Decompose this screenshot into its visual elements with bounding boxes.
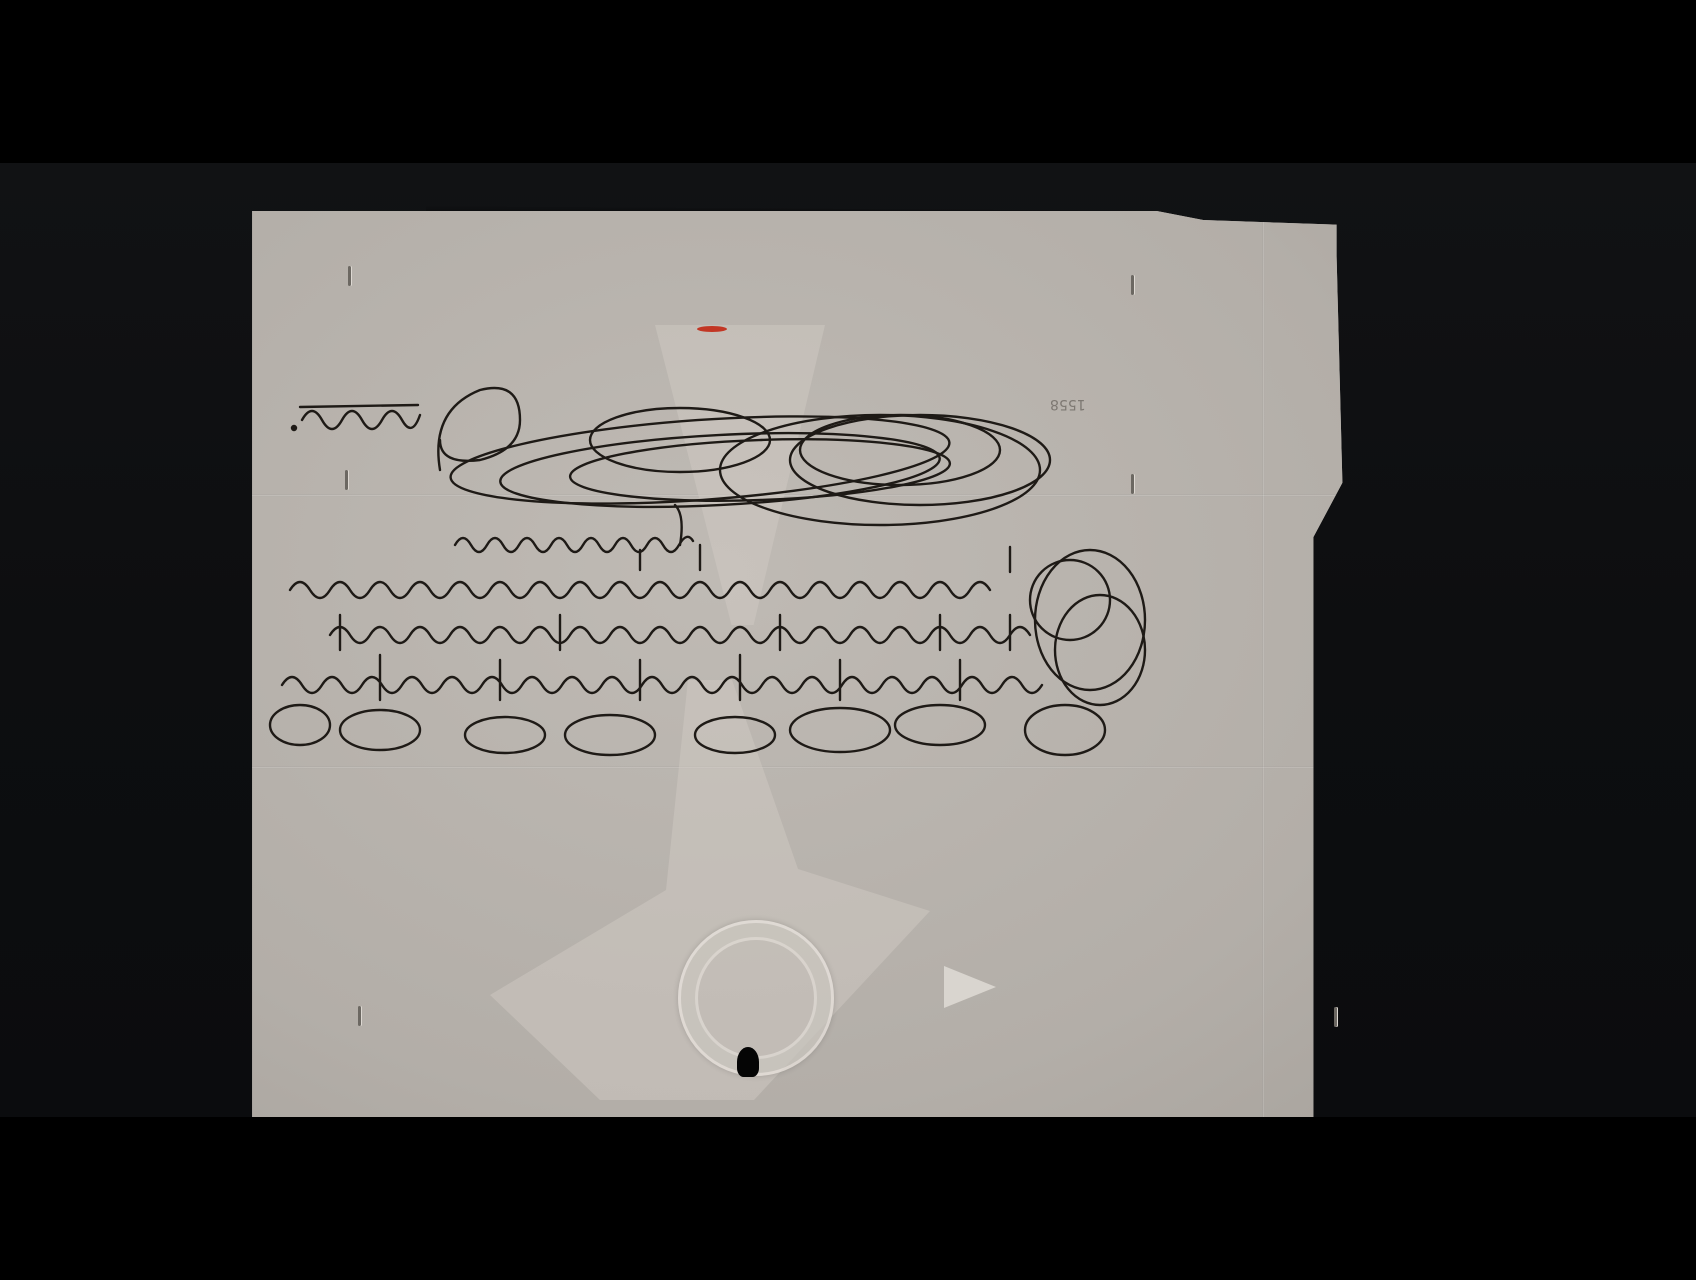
handwriting-ink (0, 0, 1696, 1280)
